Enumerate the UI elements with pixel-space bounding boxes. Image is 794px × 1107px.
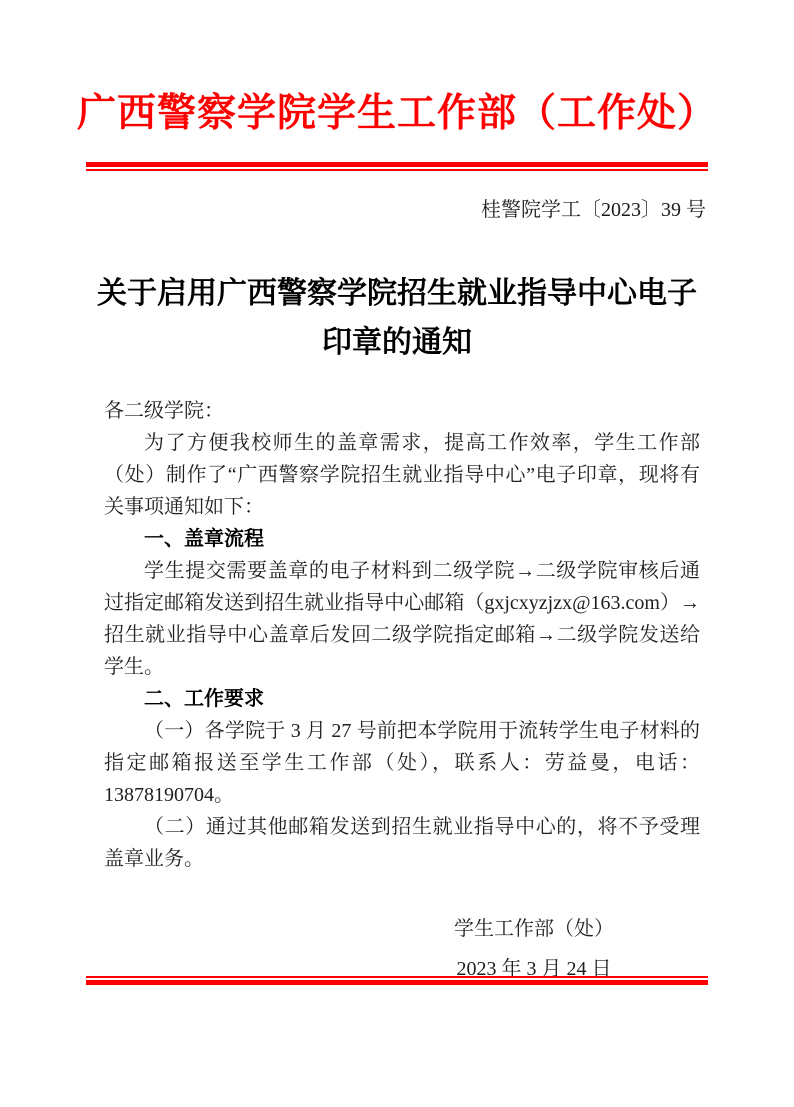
footer-divider	[86, 976, 708, 985]
document-title-line-1: 关于启用广西警察学院招生就业指导中心电子	[0, 269, 794, 318]
section-1-paragraph-1: 学生提交需要盖章的电子材料到二级学院→二级学院审核后通过指定邮箱发送到招生就业指…	[104, 555, 700, 683]
footer-divider-thin-line	[86, 976, 708, 978]
document-title-line-2: 印章的通知	[0, 318, 794, 367]
salutation: 各二级学院：	[104, 395, 700, 427]
document-page: 广西警察学院学生工作部（工作处） 桂警院学工〔2023〕39 号 关于启用广西警…	[0, 0, 794, 1107]
letterhead-org-name: 广西警察学院学生工作部（工作处）	[0, 0, 794, 138]
section-1-heading: 一、盖章流程	[104, 523, 700, 555]
section-2-heading: 二、工作要求	[104, 683, 700, 715]
document-body: 各二级学院： 为了方便我校师生的盖章需求，提高工作效率，学生工作部（处）制作了“…	[104, 395, 700, 875]
letterhead-divider-thick-line	[86, 162, 708, 167]
letterhead-divider-thin-line	[86, 169, 708, 171]
section-2-paragraph-2: （二）通过其他邮箱发送到招生就业指导中心的，将不予受理盖章业务。	[104, 811, 700, 875]
letterhead-divider	[86, 162, 708, 171]
intro-paragraph: 为了方便我校师生的盖章需求，提高工作效率，学生工作部（处）制作了“广西警察学院招…	[104, 427, 700, 523]
footer-divider-thick-line	[86, 980, 708, 985]
document-number: 桂警院学工〔2023〕39 号	[88, 197, 706, 223]
signature-org: 学生工作部（处）	[394, 909, 674, 949]
section-2-paragraph-1: （一）各学院于 3 月 27 号前把本学院用于流转学生电子材料的指定邮箱报送至学…	[104, 715, 700, 811]
document-title: 关于启用广西警察学院招生就业指导中心电子 印章的通知	[0, 269, 794, 367]
